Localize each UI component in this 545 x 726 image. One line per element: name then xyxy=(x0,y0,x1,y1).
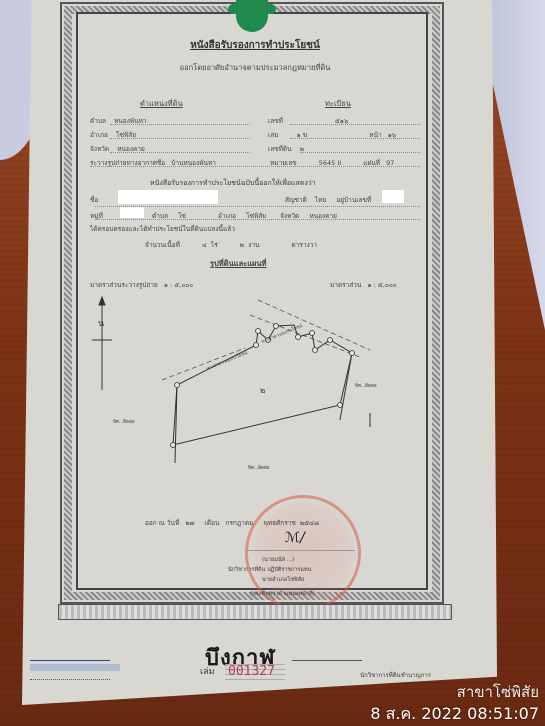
officer-blue-stamp xyxy=(30,652,140,680)
border-footer-band xyxy=(58,604,452,620)
issue-month: กรกฎาคม xyxy=(226,519,254,527)
owner-name-label: ชื่อ xyxy=(90,195,98,205)
document-subtitle: ออกโดยอาศัยอำนาจตามประมวลกฎหมายที่ดิน xyxy=(140,62,370,74)
officer-name: (นายมนัส ...) xyxy=(262,556,294,564)
dotted-line xyxy=(290,124,420,125)
map-heading: รูปที่ดินและแผนที่ xyxy=(210,258,267,270)
map-label-south: ทิศ...ติดต่อ xyxy=(248,464,270,471)
scale-value: ๑ : ๕,๐๐๐ xyxy=(367,281,396,289)
dotted-line xyxy=(110,124,250,125)
dotted-line xyxy=(110,138,250,139)
parcel-number-label: ๒ xyxy=(260,384,265,397)
officer-office: นายอำเภอโซ่พิสัย xyxy=(262,576,304,584)
dotted-line xyxy=(90,166,420,167)
dotted-line xyxy=(300,152,420,153)
area-row: จำนวนเนื้อที่ ๔ ไร่ ๒ งาน ตารางวา xyxy=(145,240,317,250)
serial-prefix: เล่ม xyxy=(200,664,215,678)
issue-date-row: ออก ณ วันที่ ๒๗ เดือน กรกฎาคม พุทธศักราช… xyxy=(145,518,319,528)
map-label-east: ทิศ...ติดต่อ xyxy=(355,382,377,389)
dotted-line xyxy=(110,152,250,153)
area-rai-value: ๔ xyxy=(202,241,207,249)
signature-line xyxy=(245,550,355,551)
branch-watermark: สาขาโซ่พิสัย xyxy=(457,680,539,704)
dotted-line xyxy=(290,138,420,139)
survey-row: เลขที่ดิน ๒ xyxy=(268,144,304,154)
scale-row: มาตราส่วน ๑ : ๕,๐๐๐ xyxy=(330,280,397,290)
photo-scale-value: ๑ : ๕,๐๐๐ xyxy=(164,281,193,289)
photo-scale-row: มาตราส่วนระวางรูปถ่าย ๑ : ๕,๐๐๐ xyxy=(90,280,193,290)
timestamp-watermark: 8 ส.ค. 2022 08:51:07 xyxy=(370,702,539,726)
document-title: หนังสือรับรองการทำประโยชน์ xyxy=(160,38,350,53)
nationality-value: ไทย xyxy=(315,196,326,204)
serial-number: 001327 xyxy=(228,664,275,679)
house-no-redacted xyxy=(382,190,404,203)
nationality-row: สัญชาติ ไทย อยู่บ้านเลขที่ xyxy=(285,195,371,205)
north-arrow-icon xyxy=(92,297,112,390)
dotted-line xyxy=(95,219,420,220)
stamp-line xyxy=(292,660,362,662)
seal-footnote: (ประทับตราตำแหน่งหน้าที่) xyxy=(250,590,315,598)
ownership-statement: ได้ครอบครองและได้ทำประโยชน์ในที่ดินแปลงน… xyxy=(90,224,235,234)
moo-redacted xyxy=(120,207,144,218)
area-ngan-value: ๒ xyxy=(240,241,244,249)
officer-signature: ℳ/ xyxy=(285,530,305,546)
officer-title: นักวิชาการที่ดิน ปฏิบัติราชการแทน xyxy=(228,566,311,574)
garuda-emblem-icon xyxy=(236,0,268,32)
issue-year: ๒๕๔๘ xyxy=(300,519,319,527)
map-label-west: ทิศ...ติดต่อ xyxy=(113,418,135,425)
owner-intro: หนังสือรับรองการทำประโยชน์ฉบับนี้ออกให้เ… xyxy=(150,178,316,189)
officer-stamp-text: นักวิชาการที่ดินชำนาญการ xyxy=(360,670,431,680)
north-label: น xyxy=(98,316,104,330)
location-heading: ตำแหน่งที่ดิน xyxy=(140,98,183,110)
registry-heading: ทะเบียน xyxy=(325,98,351,110)
issue-day: ๒๗ xyxy=(185,519,194,527)
owner-name-redacted xyxy=(118,190,218,204)
